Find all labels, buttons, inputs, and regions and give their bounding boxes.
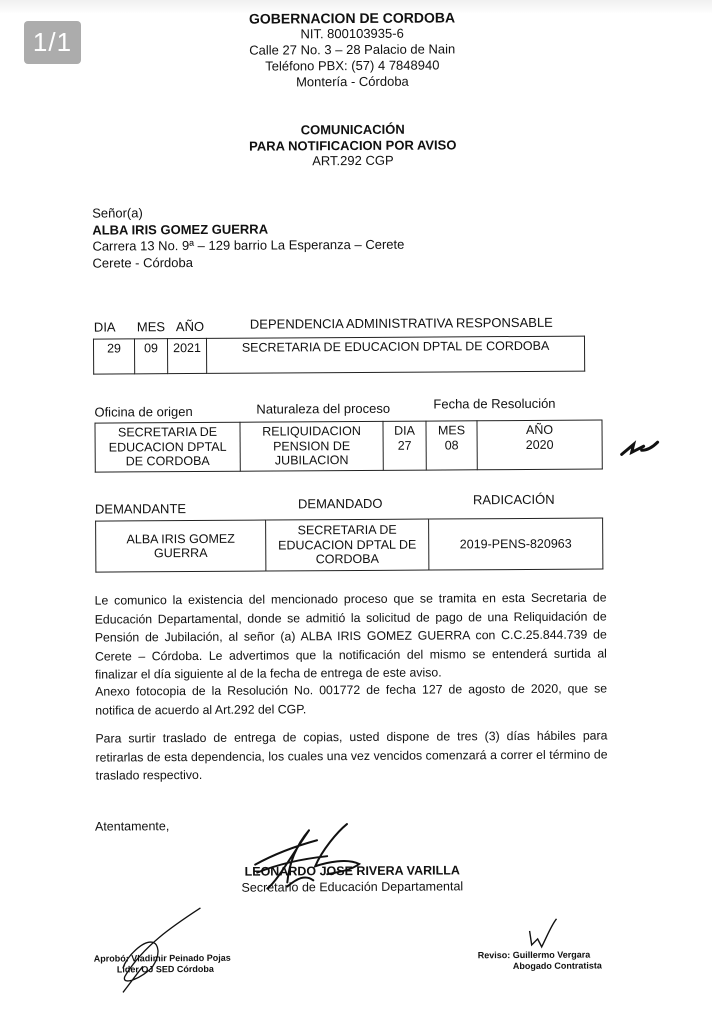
t2-nature: RELIQUIDACION PENSION DE JUBILACION [240, 421, 383, 471]
t2-header-office: Oficina de origen [94, 404, 192, 420]
title: COMUNICACIÓN [301, 122, 405, 138]
t1-header-year: AÑO [176, 319, 204, 334]
organization-name: GOBERNACION DE CORDOBA [217, 9, 487, 27]
t2-office: SECRETARIA DE EDUCACION DPTAL DE CORDOBA [95, 422, 240, 472]
approved-by: Aprobó: Vladimir Peinado Pojas [94, 953, 231, 965]
t3-header-defendant: DEMANDADO [298, 496, 383, 512]
signer-title: Secretario de Educación Departamental [222, 878, 482, 896]
approved-by-role: Líder OJ SED Córdoba [117, 964, 214, 976]
letterhead: GOBERNACION DE CORDOBA NIT. 800103935-6 … [217, 9, 487, 91]
paragraph-annex: Anexo fotocopia de la Resolución No. 001… [95, 679, 607, 719]
article: ART.292 CGP [218, 152, 488, 169]
paragraph-copies: Para surtir traslado de entrega de copia… [95, 726, 607, 785]
recipient-block: Señor(a) ALBA IRIS GOMEZ GUERRA Carrera … [92, 204, 404, 272]
t1-header-dependency: DEPENDENCIA ADMINISTRATIVA RESPONSABLE [250, 315, 553, 332]
page-indicator: 1/1 [24, 21, 81, 64]
document-page: GOBERNACION DE CORDOBA NIT. 800103935-6 … [0, 0, 712, 1011]
t3-defendant: SECRETARIA DE EDUCACION DPTAL DE CORDOBA [266, 519, 429, 571]
t1-dependency: SECRETARIA DE EDUCACION DPTAL DE CORDOBA [206, 336, 584, 373]
org-address: Calle 27 No. 3 – 28 Palacio de Nain [217, 41, 487, 59]
t1-header-month: MES [137, 319, 165, 334]
t2-month: MES08 [426, 421, 477, 470]
closing: Atentamente, [95, 819, 169, 833]
t1-header-day: DIA [94, 319, 116, 334]
t2-day: DIA27 [383, 421, 426, 470]
reviewed-by-role: Abogado Contratista [513, 961, 602, 973]
recipient-address: Carrera 13 No. 9ª – 129 barrio La Espera… [92, 237, 404, 255]
nit: NIT. 800103935-6 [217, 25, 487, 43]
t1-year: 2021 [167, 338, 206, 373]
process-table: SECRETARIA DE EDUCACION DPTAL DE CORDOBA… [94, 419, 602, 472]
document-title: COMUNICACIÓN PARA NOTIFICACION POR AVISO… [218, 121, 488, 169]
date-dependency-table: 29 09 2021 SECRETARIA DE EDUCACION DPTAL… [93, 336, 585, 375]
review-checkmark-icon [528, 917, 558, 951]
parties-table: ALBA IRIS GOMEZ GUERRA SECRETARIA DE EDU… [95, 517, 603, 572]
recipient-name: ALBA IRIS GOMEZ GUERRA [92, 220, 404, 238]
recipient-city: Cerete - Córdoba [92, 253, 404, 271]
t3-plaintiff: ALBA IRIS GOMEZ GUERRA [96, 520, 266, 572]
paragraph-notice: Le comunico la existencia del mencionado… [95, 588, 608, 684]
t2-year: AÑO2020 [477, 420, 602, 470]
org-phone: Teléfono PBX: (57) 4 7848940 [217, 57, 487, 75]
t3-header-plaintiff: DEMANDANTE [95, 501, 186, 517]
t3-header-filing: RADICACIÓN [473, 492, 555, 507]
t2-header-nature: Naturaleza del proceso [256, 401, 390, 417]
handwritten-mark-icon [620, 438, 660, 458]
t3-filing-number: 2019-PENS-820963 [429, 518, 603, 570]
salutation: Señor(a) [92, 204, 404, 222]
t1-month: 09 [134, 339, 167, 374]
approval-signature-icon [112, 906, 203, 997]
reviewed-by: Reviso: Guillermo Vergara [478, 950, 591, 962]
signer-name: LEONARDO JOSE RIVERA VARILLA [245, 863, 460, 878]
subtitle: PARA NOTIFICACION POR AVISO [249, 137, 456, 153]
org-city: Montería - Córdoba [217, 73, 487, 91]
signer-block: LEONARDO JOSE RIVERA VARILLA Secretario … [222, 862, 482, 896]
t1-day: 29 [93, 339, 134, 374]
t2-header-resolution-date: Fecha de Resolución [433, 396, 555, 412]
